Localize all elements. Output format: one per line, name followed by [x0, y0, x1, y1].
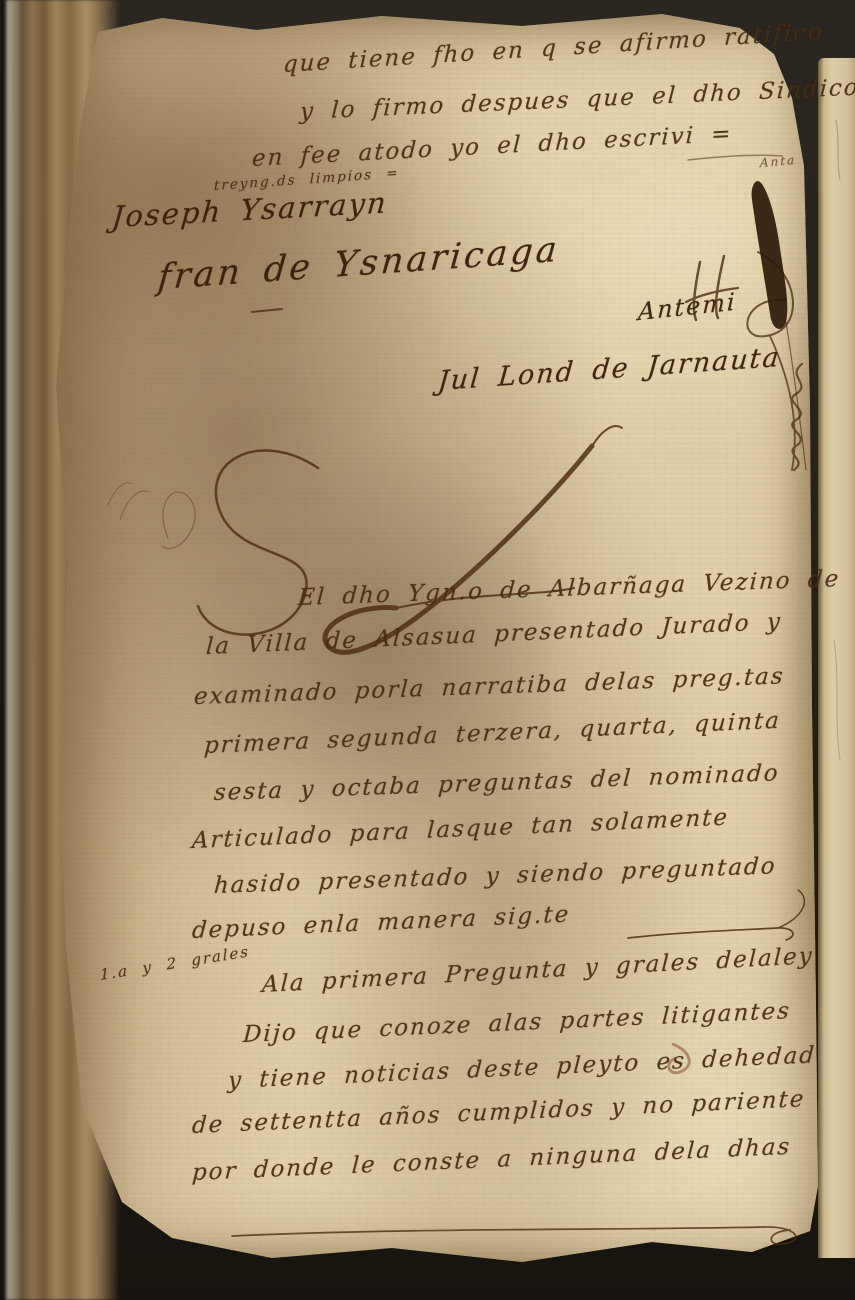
body-line: primera segunda terzera, quarta, quinta: [203, 708, 781, 759]
body-line: sesta y octaba preguntas del nominado: [213, 760, 780, 806]
attestation-ante-mi: Antemi: [638, 288, 738, 327]
body-line: hasido presentado y siendo preguntado: [213, 853, 777, 899]
answer-line: Dijo que conoze alas partes litigantes: [242, 998, 792, 1048]
answer-line: Ala primera Pregunta y grales delaley: [261, 943, 814, 998]
answer-line: de settentta años cumplidos y no parient…: [191, 1086, 806, 1139]
closing-line-2: y lo firmo despues que el dho Sindico: [299, 75, 855, 126]
handwritten-text: que tiene fho en q se afirmo ratifico y …: [0, 0, 855, 1300]
closing-line-3: en fee atodo yo el dho escrivi =: [251, 121, 733, 172]
signature-party: fran de Ysnaricaga: [156, 230, 561, 298]
manuscript-photo: que tiene fho en q se afirmo ratifico y …: [0, 0, 855, 1300]
answer-line: y tiene noticias deste pleyto es dehedad: [227, 1042, 817, 1094]
body-line: El dho Ygn.o de Albarñaga Vezino de: [297, 566, 841, 611]
ante-side-note: Anta: [760, 153, 796, 170]
body-line: depuso enla manera sig.te: [191, 901, 571, 944]
body-line: examinado porla narratiba delas preg.tas: [193, 663, 785, 710]
body-line: la Villa de Alsasua presentado Jurado y: [205, 609, 783, 660]
margin-note-question-numbers: 1.a y 2 grales: [100, 942, 251, 984]
body-line: Articulado para lasque tan solamente: [191, 805, 730, 855]
signature-notary: Jul Lond de Jarnauta: [437, 342, 782, 397]
signature-witness: Joseph Ysarrayn: [111, 185, 390, 234]
answer-line: por donde le conste a ninguna dela dhas: [191, 1134, 792, 1186]
closing-line-1: que tiene fho en q se afirmo ratifico: [282, 19, 824, 78]
